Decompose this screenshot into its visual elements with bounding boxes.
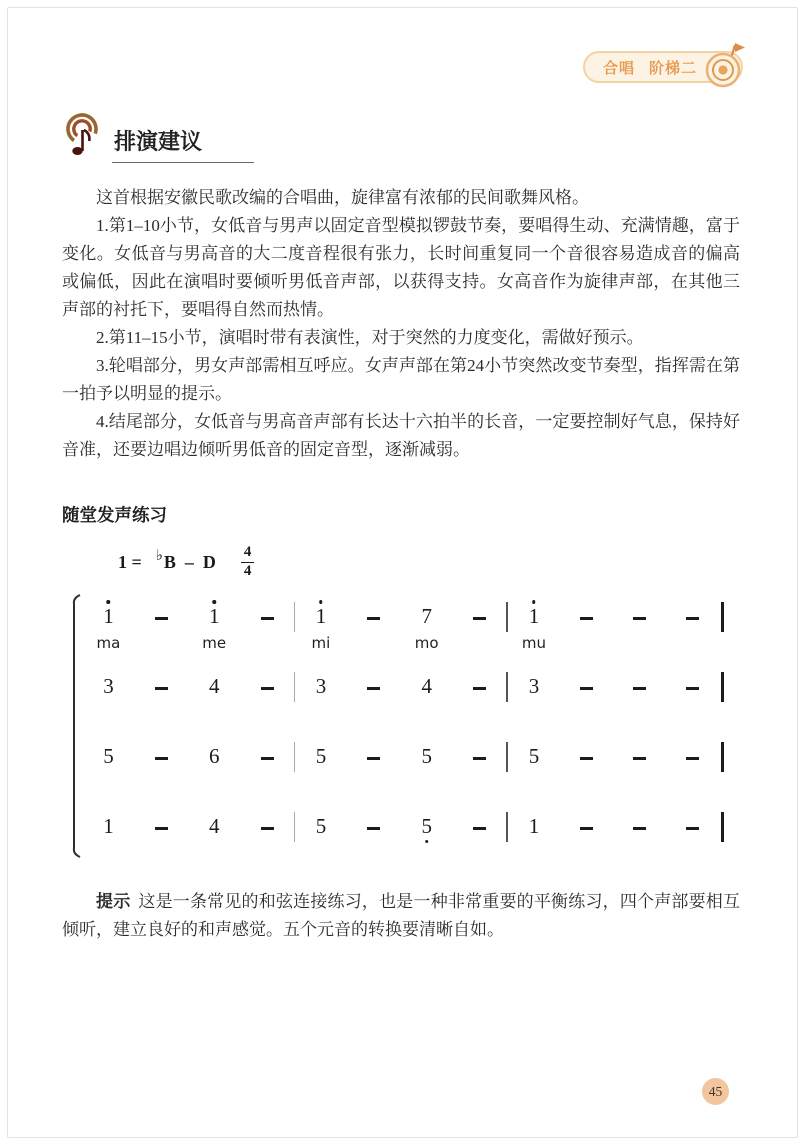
beat-cell: 5 — [508, 734, 561, 768]
hint-text: 这是一条常见的和弦连接练习，也是一种非常重要的平衡练习，四个声部要相互倾听，建立… — [62, 892, 740, 939]
duration-dash — [367, 687, 380, 690]
note: 5 — [421, 745, 432, 768]
measure: 55 — [295, 734, 507, 768]
paragraph: 1.第1–10小节，女低音与男声以固定音型模拟锣鼓节奏，要唱得生动、充满情趣，富… — [62, 212, 740, 324]
key-range-dash: – — [185, 552, 194, 573]
score-staves: 1ma1me1mi7mo1mu343435655514551 — [82, 594, 724, 874]
beat-cell: 4 — [188, 664, 241, 698]
duration-dash — [155, 687, 168, 690]
note: 1 — [103, 815, 114, 838]
end-barline — [721, 742, 724, 772]
beat-cell — [135, 734, 188, 768]
beat-cell: 1 — [508, 804, 561, 838]
paragraph: 2.第11–15小节，演唱时带有表演性，对于突然的力度变化，需做好预示。 — [62, 324, 740, 352]
duration-dash — [155, 757, 168, 760]
note: 6 — [209, 745, 220, 768]
duration-dash — [367, 827, 380, 830]
section-heading: 排演建议 — [62, 108, 254, 163]
duration-dash — [473, 757, 486, 760]
paragraph: 3.轮唱部分，男女声部需相互呼应。女声声部在第24小节突然改变节奏型，指挥需在第… — [62, 352, 740, 408]
duration-dash — [686, 617, 699, 620]
duration-dash — [686, 827, 699, 830]
beat-cell — [347, 734, 400, 768]
hint-label: 提示 — [96, 892, 130, 911]
staff-line-2: 34343 — [82, 664, 724, 734]
beat-cell — [666, 804, 719, 838]
end-barline — [721, 672, 724, 702]
duration-dash — [155, 827, 168, 830]
beat-cell: 5 — [400, 804, 453, 838]
measure: 14 — [82, 804, 294, 838]
hint-paragraph: 提示这是一条常见的和弦连接练习，也是一种非常重要的平衡练习，四个声部要相互倾听，… — [62, 888, 740, 944]
beat-cell — [613, 664, 666, 698]
measure: 55 — [295, 804, 507, 838]
gong-flag-icon — [697, 37, 747, 98]
beat-cell — [560, 734, 613, 768]
measure: 5 — [508, 734, 720, 768]
exercise-heading: 随堂发声练习 — [62, 502, 167, 527]
duration-dash — [686, 757, 699, 760]
lyric: me — [202, 634, 226, 652]
duration-dash — [261, 687, 274, 690]
staff-line-4: 14551 — [82, 804, 724, 874]
octave-dot-below — [425, 840, 429, 844]
measure: 3 — [508, 664, 720, 698]
system-bracket-icon — [70, 594, 82, 863]
series-badge: 合唱 阶梯二 — [583, 51, 743, 83]
note: 5 — [316, 745, 327, 768]
page-number: 45 — [709, 1084, 723, 1100]
beat-cell — [135, 804, 188, 838]
beat-cell: 6 — [188, 734, 241, 768]
beat-cell — [666, 664, 719, 698]
duration-dash — [473, 827, 486, 830]
duration-dash — [261, 617, 274, 620]
beat-cell — [560, 664, 613, 698]
beat-cell: 1ma — [82, 594, 135, 628]
lyric: mi — [312, 634, 331, 652]
rehearsal-paragraphs: 这首根据安徽民歌改编的合唱曲，旋律富有浓郁的民间歌舞风格。1.第1–10小节，女… — [62, 184, 740, 464]
octave-dot-above — [319, 600, 323, 604]
staff-line-3: 56555 — [82, 734, 724, 804]
octave-dot-above — [212, 600, 216, 604]
note: 1 — [209, 605, 220, 628]
flat-sign: ♭ — [156, 546, 163, 565]
measure: 1ma1me — [82, 594, 294, 628]
beat-cell — [666, 734, 719, 768]
beat-cell — [347, 664, 400, 698]
measure: 1mi7mo — [295, 594, 507, 628]
beat-cell — [613, 594, 666, 628]
note: 3 — [316, 675, 327, 698]
beat-cell: 5 — [82, 734, 135, 768]
duration-dash — [580, 687, 593, 690]
note: 5 — [529, 745, 540, 768]
badge-label-part1: 合唱 — [603, 57, 635, 78]
duration-dash — [261, 757, 274, 760]
end-barline — [721, 812, 724, 842]
beat-cell: 3 — [295, 664, 348, 698]
lyric: mo — [415, 634, 439, 652]
note: 5 — [316, 815, 327, 838]
meter-denominator: 4 — [241, 563, 255, 580]
beat-cell — [241, 664, 294, 698]
beat-cell — [347, 594, 400, 628]
duration-dash — [261, 827, 274, 830]
beat-cell — [241, 734, 294, 768]
beat-cell — [453, 734, 506, 768]
beat-cell — [560, 594, 613, 628]
vocal-exercise-score: 1ma1me1mi7mo1mu343435655514551 — [70, 594, 724, 874]
beat-cell — [135, 664, 188, 698]
staff-line-1: 1ma1me1mi7mo1mu — [82, 594, 724, 664]
duration-dash — [686, 687, 699, 690]
duration-dash — [367, 757, 380, 760]
beat-cell: 3 — [508, 664, 561, 698]
section-title: 排演建议 — [112, 129, 254, 163]
measure: 1 — [508, 804, 720, 838]
note: 5 — [421, 815, 432, 838]
duration-dash — [580, 617, 593, 620]
lyric: mu — [522, 634, 546, 652]
key-prefix: 1 = — [118, 552, 142, 573]
measure: 1mu — [508, 594, 720, 628]
note: 4 — [421, 675, 432, 698]
duration-dash — [580, 827, 593, 830]
duration-dash — [473, 687, 486, 690]
beat-cell: 1mu — [508, 594, 561, 628]
duration-dash — [633, 827, 646, 830]
paragraph: 这首根据安徽民歌改编的合唱曲，旋律富有浓郁的民间歌舞风格。 — [62, 184, 740, 212]
beat-cell — [453, 664, 506, 698]
beat-cell: 1 — [82, 804, 135, 838]
measure: 56 — [82, 734, 294, 768]
beat-cell — [241, 804, 294, 838]
note: 3 — [103, 675, 114, 698]
duration-dash — [155, 617, 168, 620]
duration-dash — [633, 617, 646, 620]
note: 1 — [103, 605, 114, 628]
key-signature: 1 = ♭ B – D 4 4 — [118, 545, 254, 580]
paragraph: 4.结尾部分，女低音与男高音声部有长达十六拍半的长音，一定要控制好气息，保持好音… — [62, 408, 740, 464]
beat-cell: 4 — [400, 664, 453, 698]
duration-dash — [473, 617, 486, 620]
time-signature: 4 4 — [241, 545, 255, 580]
end-barline — [721, 602, 724, 632]
beat-cell — [453, 594, 506, 628]
note: 1 — [529, 605, 540, 628]
note: 1 — [529, 815, 540, 838]
beat-cell — [347, 804, 400, 838]
beat-cell — [613, 804, 666, 838]
beat-cell — [613, 734, 666, 768]
duration-dash — [633, 757, 646, 760]
octave-dot-above — [107, 600, 111, 604]
key-upper: D — [203, 552, 216, 573]
beat-cell: 5 — [295, 734, 348, 768]
listening-note-icon — [62, 108, 102, 163]
note: 4 — [209, 675, 220, 698]
beat-cell: 1mi — [295, 594, 348, 628]
measure: 34 — [82, 664, 294, 698]
duration-dash — [367, 617, 380, 620]
beat-cell: 5 — [295, 804, 348, 838]
beat-cell: 1me — [188, 594, 241, 628]
duration-dash — [633, 687, 646, 690]
meter-numerator: 4 — [241, 545, 255, 563]
duration-dash — [580, 757, 593, 760]
beat-cell — [453, 804, 506, 838]
measure: 34 — [295, 664, 507, 698]
note: 3 — [529, 675, 540, 698]
note: 4 — [209, 815, 220, 838]
badge-label-part2: 阶梯二 — [649, 57, 697, 78]
note: 1 — [316, 605, 327, 628]
beat-cell — [241, 594, 294, 628]
lyric: ma — [97, 634, 121, 652]
beat-cell — [666, 594, 719, 628]
note: 7 — [421, 605, 432, 628]
key-tonic: B — [164, 552, 176, 573]
beat-cell — [135, 594, 188, 628]
beat-cell — [560, 804, 613, 838]
note: 5 — [103, 745, 114, 768]
octave-dot-above — [532, 600, 536, 604]
beat-cell: 3 — [82, 664, 135, 698]
beat-cell: 7mo — [400, 594, 453, 628]
beat-cell: 5 — [400, 734, 453, 768]
beat-cell: 4 — [188, 804, 241, 838]
page-number-badge: 45 — [702, 1078, 729, 1105]
